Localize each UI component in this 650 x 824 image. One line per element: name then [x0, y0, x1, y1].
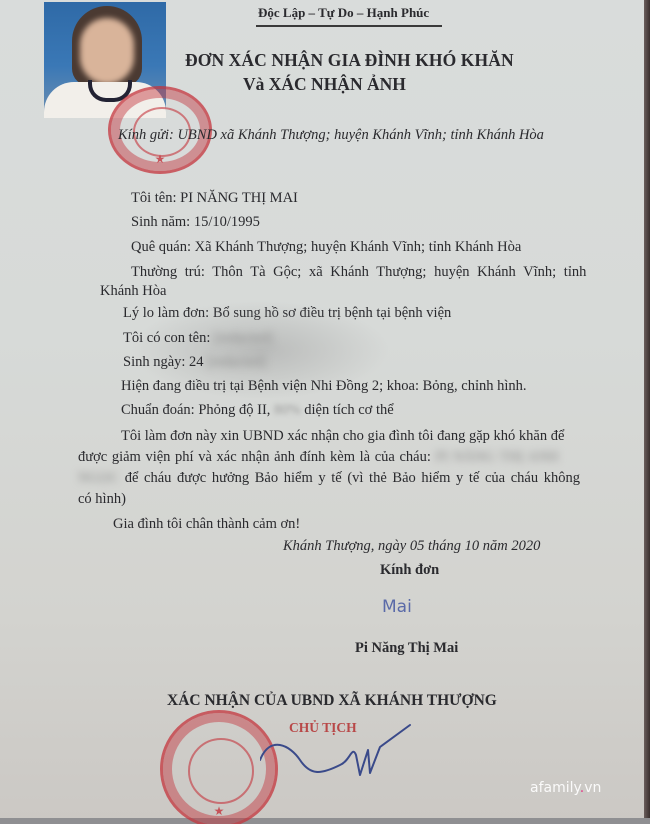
applicant-handwritten-signature: Mai [382, 597, 412, 617]
applicant-residence-cont: Khánh Hòa [100, 283, 166, 300]
diagnosis-label: Chuẩn đoán: Phỏng độ II, [121, 402, 270, 418]
applicant-birth: Sinh năm: 15/10/1995 [131, 214, 260, 231]
thanks-line: Gia đình tôi chân thành cảm ơn! [113, 516, 300, 533]
child-name-line: Tôi có con tên: [redacted] [123, 330, 273, 347]
request-line-2: được giảm viện phí và xác nhận ảnh đính … [78, 449, 559, 466]
respectfully-label: Kính đơn [380, 562, 439, 579]
grandchild-name-redacted-cont: NGỌC [78, 470, 119, 486]
applicant-name: Tôi tên: PI NĂNG THỊ MAI [131, 190, 298, 207]
national-motto: Độc Lập – Tự Do – Hạnh Phúc [258, 5, 429, 21]
diagnosis-percent: 80% [274, 402, 301, 418]
applicant-hometown: Quê quán: Xã Khánh Thượng; huyện Khánh V… [131, 239, 521, 256]
afamily-watermark: afamily.vn [530, 780, 601, 796]
star-icon: ★ [111, 152, 209, 167]
request-line-4: có hình) [78, 491, 126, 508]
child-birth-line: Sinh ngày: 24 [redacted] [123, 354, 266, 371]
child-birth-redacted: [redacted] [207, 354, 266, 370]
request-line-3: NGỌC để cháu được hưởng Bảo hiểm y tế (v… [78, 470, 580, 487]
child-name-redacted: [redacted] [214, 330, 273, 346]
request-line-1: Tôi làm đơn này xin UBND xác nhận cho gi… [121, 428, 564, 445]
recipient-line: Kính gửi: UBND xã Khánh Thượng; huyện Kh… [118, 127, 544, 144]
treatment-line: Hiện đang điều trị tại Bệnh viện Nhi Đồn… [121, 378, 527, 395]
confirmation-heading: XÁC NHẬN CỦA UBND XÃ KHÁNH THƯỢNG [167, 692, 497, 710]
child-name-label: Tôi có con tên: [123, 330, 210, 346]
request-line-2-text: được giảm viện phí và xác nhận ảnh đính … [78, 449, 431, 465]
place-date: Khánh Thượng, ngày 05 tháng 10 năm 2020 [283, 538, 540, 555]
document-title: ĐƠN XÁC NHẬN GIA ĐÌNH KHÓ KHĂN [185, 50, 514, 71]
chairman-signature [260, 715, 420, 795]
diagnosis-line: Chuẩn đoán: Phỏng độ II, 80% diện tích c… [121, 402, 394, 419]
star-icon: ★ [163, 804, 275, 819]
page-edge-shadow [644, 0, 650, 824]
applicant-residence: Thường trú: Thôn Tà Gộc; xã Khánh Thượng… [131, 264, 586, 281]
page-bottom-edge [0, 818, 650, 824]
document-subtitle: Và XÁC NHẬN ẢNH [243, 74, 406, 95]
motto-underline [256, 25, 442, 27]
diagnosis-tail: diện tích cơ thể [304, 402, 393, 418]
blurred-face [80, 18, 134, 84]
grandchild-name-redacted: PI NĂNG THỊ ANH [435, 449, 558, 465]
signer-name: Pi Năng Thị Mai [355, 640, 458, 657]
request-line-3-text: để cháu được hưởng Bảo hiểm y tế (vì thẻ… [125, 470, 580, 486]
child-birth-label: Sinh ngày: 24 [123, 354, 204, 370]
